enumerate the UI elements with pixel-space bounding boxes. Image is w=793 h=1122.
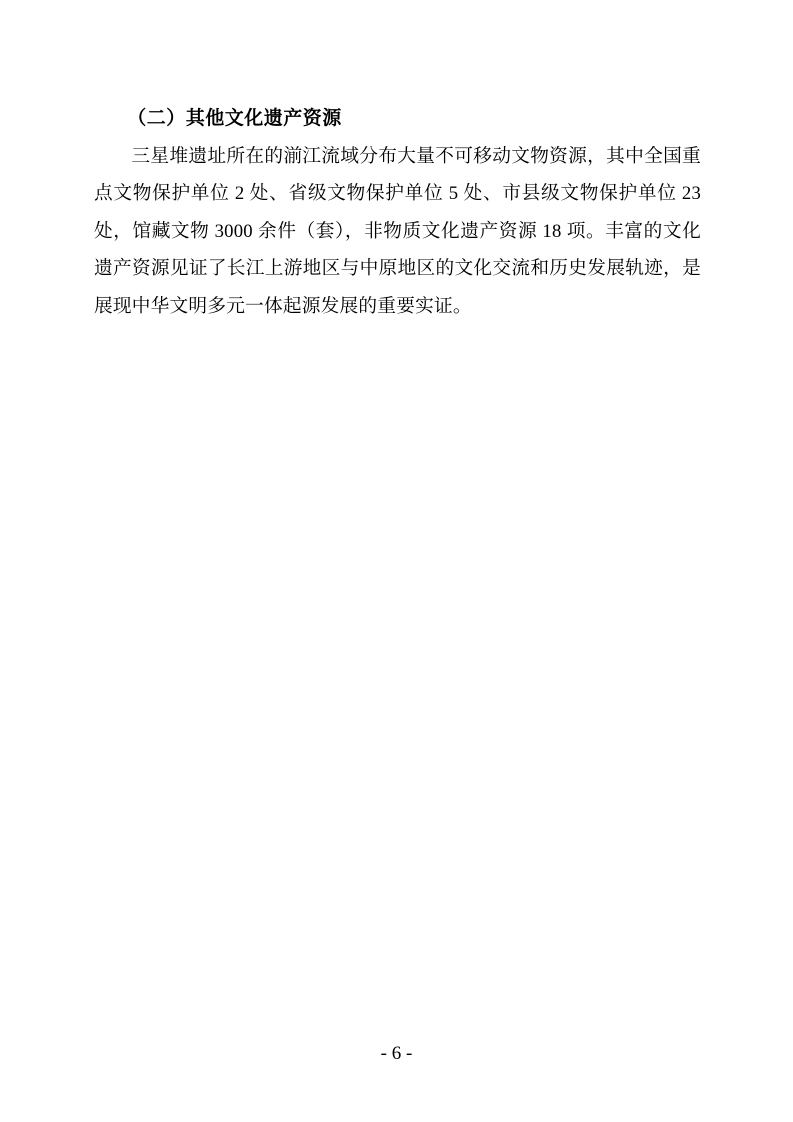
section-heading: （二）其他文化遗产资源 (94, 100, 701, 138)
body-paragraph: 三星堆遗址所在的湔江流域分布大量不可移动文物资源，其中全国重点文物保护单位 2 … (94, 138, 701, 326)
document-content: （二）其他文化遗产资源 三星堆遗址所在的湔江流域分布大量不可移动文物资源，其中全… (94, 100, 701, 325)
document-page: （二）其他文化遗产资源 三星堆遗址所在的湔江流域分布大量不可移动文物资源，其中全… (0, 0, 793, 1122)
page-number-footer: - 6 - (0, 1042, 793, 1066)
